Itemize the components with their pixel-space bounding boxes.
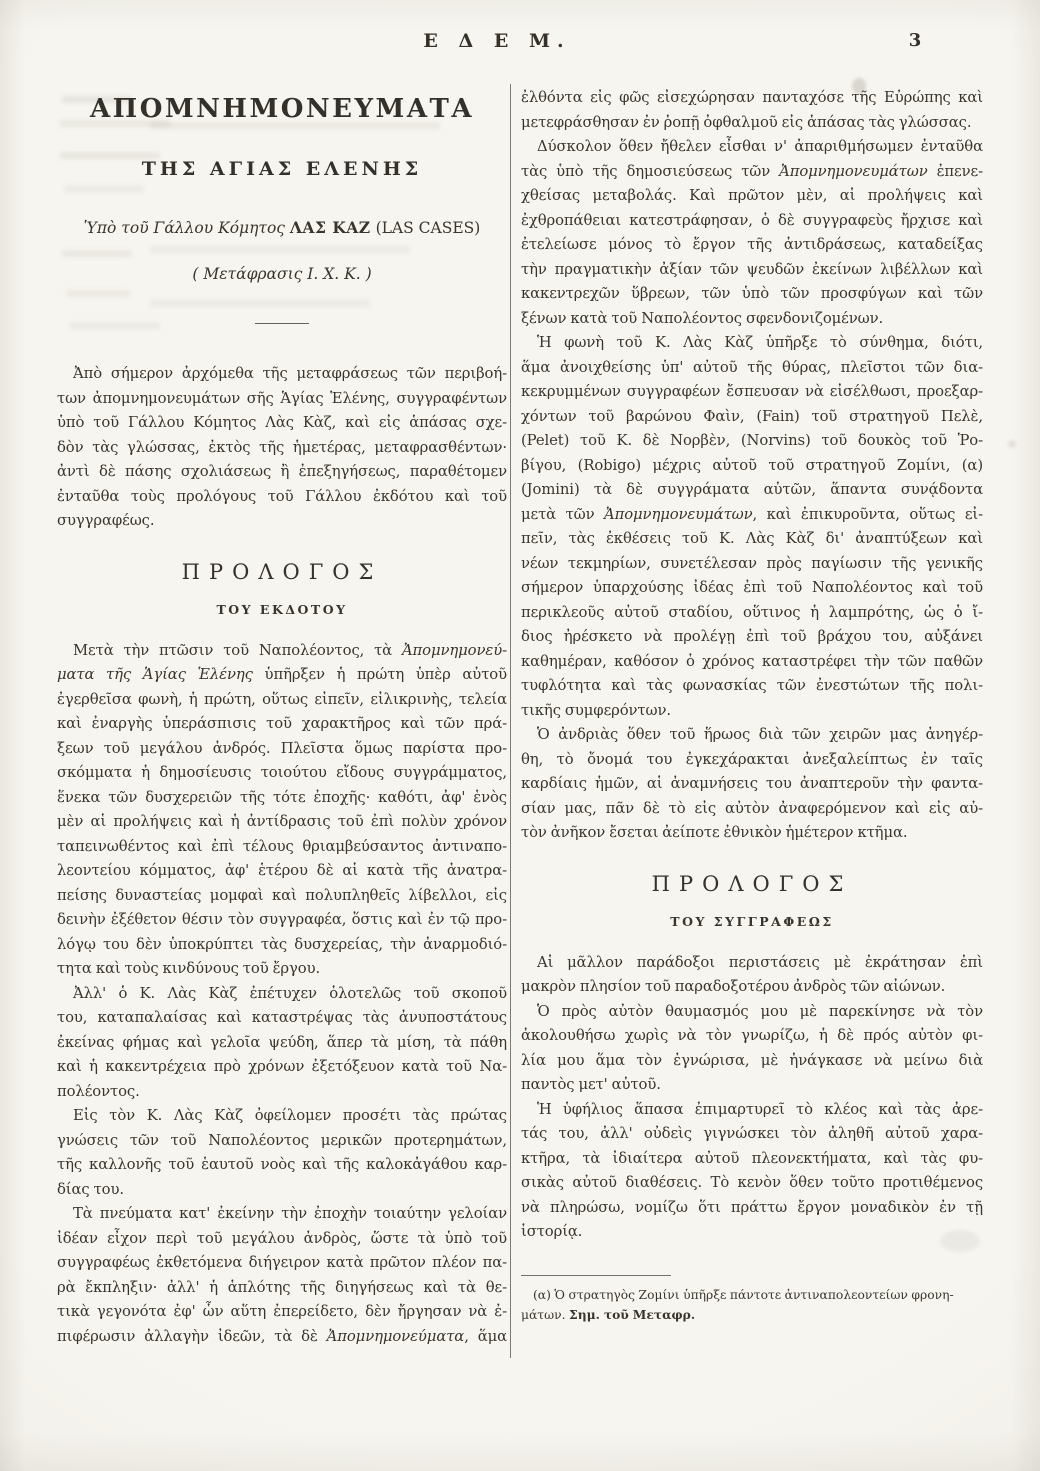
text-line: χόντων τοῦ βαρώνου Φαὶν, (Fain) τοῦ στρα… (521, 405, 983, 430)
text-line: κεκρυμμένων συγγραφέων ἔσπευσαν νὰ εἰσέλ… (521, 380, 983, 405)
text-line: λεοντείου κόμματος, ἀφ' ἑτέρου δὲ αἱ κατ… (57, 859, 507, 884)
scanned-newspaper-page: Ε Δ Ε Μ. 3 ΑΠΟΜΝΗΜΟΝΕΥΜΑΤΑΤΗΣ ΑΓΙΑΣ ΕΛΕΝ… (0, 0, 1040, 1471)
text-line: ξεων τοῦ μεγάλου ἀνδρός. Πλεῖστα ὅμως πα… (57, 737, 507, 762)
page-number: 3 (895, 30, 935, 51)
text-line: ἐνταῦθα τοὺς προλόγους τοῦ Γάλλου ἐκδότο… (57, 485, 507, 510)
text-line: μετεφράσθησαν ἐν ῥοπῇ ὀφθαλμοῦ εἰς ἁπάσα… (521, 111, 983, 136)
text-line: τικῆς συμφερόντων. (521, 699, 983, 724)
text-line: δεινὴν ἐξέθετον θέσιν τὸν συγγραφέα, ὅστ… (57, 908, 507, 933)
text-line: των ἀπομνημονευμάτων σῆς Ἁγίας Ἑλένης, σ… (57, 387, 507, 412)
byline: Ὑπὸ τοῦ Γάλλου Κόμητος ΛΑΣ ΚΑΖ (LAS CASE… (57, 218, 507, 237)
text-line: σήμερον ὑπαρχούσης ἰδέας ἐπὶ τοῦ Ναπολέο… (521, 576, 983, 601)
text-line: πεῖν, τὰς ἐκθέσεις τοῦ Κ. Λὰς Κὰζ δι' ἀν… (521, 527, 983, 552)
text-line: ἱστορίᾳ. (521, 1220, 983, 1245)
paragraph: Ὁ ἀνδριὰς ὅθεν τοῦ ἥρωος διὰ τῶν χειρῶν … (521, 723, 983, 846)
section-heading-ekdotou: ΠΡΟΛΟΓΟΣ (57, 560, 507, 584)
text-line: Ἀλλ' ὁ Κ. Λὰς Κὰζ ἐπέτυχεν ὁλοτελῶς τοῦ … (57, 982, 507, 1007)
section-heading-syggrafeos: ΠΡΟΛΟΓΟΣ (521, 872, 983, 896)
text-line: παντὸς μετ' αὐτοῦ. (521, 1073, 983, 1098)
text-line: λόγῳ του δὲν ὑποκρύπτει τὰς δυσχερείας, … (57, 933, 507, 958)
text-line: Ἀπὸ σήμερον ἀρχόμεθα τῆς μεταφράσεως τῶν… (57, 362, 507, 387)
text-line: καὶ ἐναργὴς ὑπεράσπισις τοῦ χαρακτῆρος κ… (57, 712, 507, 737)
text-line: ὑπὸ τοῦ Γάλλου Κόμητος Λὰς Κὰζ, καὶ εἰς … (57, 411, 507, 436)
paragraph: Ἡ φωνὴ τοῦ Κ. Λὰς Κὰζ ὑπῆρξε τὸ σύνθημα,… (521, 331, 983, 723)
text-line: τὴν πραγματικὴν ἀξίαν τῶν ψευδῶν ἐκείνων… (521, 258, 983, 283)
text-line: ταπεινωθέντος καὶ ἐπὶ τέλους θριαμβεύσαν… (57, 835, 507, 860)
journal-masthead: Ε Δ Ε Μ. (57, 30, 937, 52)
text-line: σικὰς αὐτοῦ διαθέσεις. Τὸ κενὸν ὅθεν τοῦ… (521, 1171, 983, 1196)
text-line: ματα τῆς Ἁγίας Ἑλένης ὑπῆρξεν ἡ πρώτη ὑπ… (57, 663, 507, 688)
text-line: νέων τεκμηρίων, συνετέλεσαν πρὸς παγίωσι… (521, 552, 983, 577)
paragraph: Μετὰ τὴν πτῶσιν τοῦ Ναπολέοντος, τὰ Ἀπομ… (57, 639, 507, 982)
text-line: μακρὸν πλησίον τοῦ παραδοξοτέρου ἀνδρὸς … (521, 975, 983, 1000)
paragraph: Ὁ πρὸς αὐτὸν θαυμασμός μου μὲ παρεκίνησε… (521, 1000, 983, 1098)
text-line: περικλεοῦς αὐτοῦ σταδίου, οὕτινος ἡ λαμπ… (521, 601, 983, 626)
text-line: Μετὰ τὴν πτῶσιν τοῦ Ναπολέοντος, τὰ Ἀπομ… (57, 639, 507, 664)
text-line: δίας του. (57, 1178, 507, 1203)
text-line: Ἡ ὑφήλιος ἅπασα ἐπιμαρτυρεῖ τὸ κλέος καὶ… (521, 1098, 983, 1123)
text-line: ξένων κατὰ τοῦ Ναπολέοντος σφενδονιζομέν… (521, 307, 983, 332)
text-line: τάς του, ἀλλ' οὐδεὶς γιγνώσκει τὸν ἀληθῆ… (521, 1122, 983, 1147)
text-line: τητα καὶ τοὺς κινδύνους τοῦ ἔργου. (57, 957, 507, 982)
translator-line: ( Μετάφρασις Ι. Χ. Κ. ) (57, 265, 507, 283)
paragraph: Τὰ πνεύματα κατ' ἐκείνην τὴν ἐποχὴν τοια… (57, 1202, 507, 1349)
text-line: τικὰ γεγονότα ἐφ' ὧν αὕτη ἐπερείδετο, δὲ… (57, 1300, 507, 1325)
text-line: (α) Ὁ στρατηγὸς Ζομίνι ὑπῆρξε πάντοτε ἀν… (521, 1286, 983, 1305)
text-line: ἐλθόντα εἰς φῶς εἰσεχώρησαν πανταχόσε τῆ… (521, 86, 983, 111)
text-line: νὰ πληρώσω, νομίζω ὅτι πράττω ἔργον μονα… (521, 1196, 983, 1221)
text-line: τὸν ἀνῆκον ἔσεται ἀείποτε ἐθνικὸν ἡμέτερ… (521, 821, 983, 846)
text-line: (Pelet) τοῦ Κ. δὲ Νορβὲν, (Norvins) τοῦ … (521, 429, 983, 454)
text-line: τὰς ὑπὸ τῆς δημοσιεύσεως τῶν Ἀπομνημονευ… (521, 160, 983, 185)
text-line: ἅμα ἀνοιχθείσης ὑπ' αὐτοῦ τῆς θύρας, πλε… (521, 356, 983, 381)
text-line: ἀκολουθήσω χωρὶς νὰ τὸν γνωρίζω, ἡ δὲ πρ… (521, 1024, 983, 1049)
text-line: Εἰς τὸν Κ. Λὰς Κὰζ ὀφείλομεν προσέτι τὰς… (57, 1104, 507, 1129)
text-line: σίαν μας, πᾶν δὲ τὸ εἰς αὐτὸν ἀναφερόμεν… (521, 797, 983, 822)
left-column: ΑΠΟΜΝΗΜΟΝΕΥΜΑΤΑΤΗΣ ΑΓΙΑΣ ΕΛΕΝΗΣὙπὸ τοῦ Γ… (57, 86, 507, 1349)
text-line: Αἱ μᾶλλον παράδοξοι περιστάσεις μὲ ἐκράτ… (521, 951, 983, 976)
text-line: του, καταπαλαίσας καὶ καταστρέψας τὰς ἀν… (57, 1006, 507, 1031)
main-title: ΑΠΟΜΝΗΜΟΝΕΥΜΑΤΑ (57, 94, 507, 124)
text-line: μὲν αἱ προλήψεις καὶ ἡ ἀντίδρασις τοῦ ἐπ… (57, 810, 507, 835)
section-subheading-syggrafeos: ΤΟΥ ΣΥΓΓΡΑΦΕΩΣ (521, 914, 983, 929)
text-line: τυφλότητα καὶ τὰς φωνασκίας τῶν ἐνεστώτω… (521, 674, 983, 699)
text-line: κακεντρεχῶν ὕβρεων, τῶν ὑπὸ τῶν προσφύγω… (521, 282, 983, 307)
paragraph: Ἡ ὑφήλιος ἅπασα ἐπιμαρτυρεῖ τὸ κλέος καὶ… (521, 1098, 983, 1245)
paragraph: Δύσκολον ὅθεν ἤθελεν εἶσθαι ν' ἀπαριθμήσ… (521, 135, 983, 331)
text-line: Δύσκολον ὅθεν ἤθελεν εἶσθαι ν' ἀπαριθμήσ… (521, 135, 983, 160)
text-line: ἰδέαν εἶχον περὶ τοῦ μεγάλου ἀνδρὸς, ὥστ… (57, 1227, 507, 1252)
text-line: Τὰ πνεύματα κατ' ἐκείνην τὴν ἐποχὴν τοια… (57, 1202, 507, 1227)
paragraph: Εἰς τὸν Κ. Λὰς Κὰζ ὀφείλομεν προσέτι τὰς… (57, 1104, 507, 1202)
text-line: κτῆρα, τὰ ἰδιαίτερα αὐτοῦ πλεονεκτήματα,… (521, 1147, 983, 1172)
footnote: (α) Ὁ στρατηγὸς Ζομίνι ὑπῆρξε πάντοτε ἀν… (521, 1286, 983, 1324)
divider-rule (255, 323, 309, 324)
text-line: ἐκείνας φήμας καὶ γελοῖα ψεύδη, ἅπερ τὰ … (57, 1031, 507, 1056)
text-line: ἐτελείωσε μόνος τὸ ἔργον τῆς ἀντιδράσεως… (521, 233, 983, 258)
column-divider-rule (510, 84, 511, 1358)
text-line: μάτων. Σημ. τοῦ Μεταφρ. (521, 1305, 983, 1324)
text-line: μετὰ τῶν Ἀπομνημονευμάτων, καὶ ἐπικυροῦν… (521, 503, 983, 528)
text-line: ἀντὶ δὲ πάσης σχολιάσεως ἢ ἐπεξηγήσεως, … (57, 460, 507, 485)
text-line: πείσης δυναστείας μομφαὶ καὶ πολυπληθεῖς… (57, 884, 507, 909)
text-line: γνώσεις τῶν τοῦ Ναπολέοντος μερικῶν προτ… (57, 1129, 507, 1154)
section-subheading-ekdotou: ΤΟΥ ΕΚΔΟΤΟΥ (57, 602, 507, 617)
text-line: καθημέραν, καθόσον ὁ χρόνος καταστρέφει … (521, 650, 983, 675)
text-line: πολέοντος. (57, 1080, 507, 1105)
text-line: Ὁ πρὸς αὐτὸν θαυμασμός μου μὲ παρεκίνησε… (521, 1000, 983, 1025)
text-line: συγγραφέως. (57, 509, 507, 534)
text-line: (Jomini) τὰ δὲ συγγράματα αὐτῶν, ἅπαντα … (521, 478, 983, 503)
text-line: τῆς καλλονῆς τοῦ ἑαυτοῦ νοὸς καὶ τῆς καλ… (57, 1153, 507, 1178)
text-line: καὶ ἡ κακεντρέχεια πρὸ χρόνων ἐξετόξευον… (57, 1055, 507, 1080)
text-line: πιφέρωσιν ἀλλαγὴν ἰδεῶν, τὰ δὲ Ἀπομνημον… (57, 1325, 507, 1350)
text-line: λία μου ἅμα τὸν ἐγνώρισα, μὲ ἠνάγκασε νὰ… (521, 1049, 983, 1074)
text-line: θη, τὸ ὄνομά του ἐγκεχάρακται ἀνεξαλείπτ… (521, 748, 983, 773)
text-line: σκόμματα ἡ δημοσίευσις τοιούτου εἴδους σ… (57, 761, 507, 786)
text-line: ἐχθροπάθειαι κατεστράφησαν, ὁ δὲ συγγραφ… (521, 209, 983, 234)
text-line: συγγραφέως ἐκθετόμενα διήγειρον κατὰ πρῶ… (57, 1251, 507, 1276)
paragraph: Αἱ μᾶλλον παράδοξοι περιστάσεις μὲ ἐκράτ… (521, 951, 983, 1000)
text-line: χθείσας μεταβολάς. Καὶ πρῶτον μὲν, αἱ πρ… (521, 184, 983, 209)
text-line: καρδίαις ἡμῶν, αἱ ἀναμνήσεις του ἀναπτερ… (521, 772, 983, 797)
paragraph: Ἀλλ' ὁ Κ. Λὰς Κὰζ ἐπέτυχεν ὁλοτελῶς τοῦ … (57, 982, 507, 1105)
text-line: ἐγερθεῖσα φωνὴ, ἡ πρώτη, οὕτως εἰπεῖν, ε… (57, 688, 507, 713)
right-column: ἐλθόντα εἰς φῶς εἰσεχώρησαν πανταχόσε τῆ… (521, 86, 983, 1324)
text-line: ἕνεκα τῶν δυσχερειῶν τῆς τότε ἐποχῆς· κα… (57, 786, 507, 811)
text-line: Ὁ ἀνδριὰς ὅθεν τοῦ ἥρωος διὰ τῶν χειρῶν … (521, 723, 983, 748)
paragraph: ἐλθόντα εἰς φῶς εἰσεχώρησαν πανταχόσε τῆ… (521, 86, 983, 135)
text-line: Ἡ φωνὴ τοῦ Κ. Λὰς Κὰζ ὑπῆρξε τὸ σύνθημα,… (521, 331, 983, 356)
text-line: ρὰ ἔκπληξιν· ἀλλ' ἡ ἁπλότης τῆς διηγήσεω… (57, 1276, 507, 1301)
text-line: βίγου, (Robigo) μέχρις αὐτοῦ τοῦ στρατηγ… (521, 454, 983, 479)
paragraph: Ἀπὸ σήμερον ἀρχόμεθα τῆς μεταφράσεως τῶν… (57, 362, 507, 534)
text-line: δὸν τὰς γλώσσας, ἐκτὸς τῆς ἡμετέρας, μετ… (57, 436, 507, 461)
subtitle: ΤΗΣ ΑΓΙΑΣ ΕΛΕΝΗΣ (57, 158, 507, 180)
footnote-rule (521, 1275, 671, 1276)
ink-spot (1008, 440, 1016, 448)
text-line: διος ἠρέσκετο νὰ προλέγῃ ἐπὶ τοῦ βράχου … (521, 625, 983, 650)
